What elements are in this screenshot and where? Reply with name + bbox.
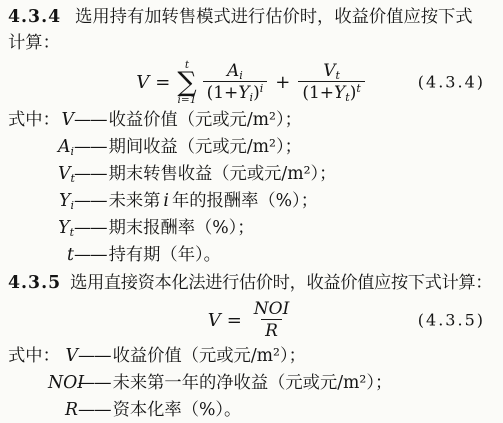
definition-text: 持有期（年）。 bbox=[109, 242, 227, 269]
symbol: Yt bbox=[58, 215, 74, 242]
fraction-denominator: (1+Yt)t bbox=[298, 81, 364, 104]
symbol: V bbox=[58, 107, 74, 134]
symbol: Ai bbox=[58, 134, 74, 161]
symbol: t bbox=[58, 242, 74, 269]
fraction-resale-income: Vt (1+Yt)t bbox=[298, 61, 364, 104]
definition-text: 未来第i年的报酬率（%）； bbox=[109, 188, 318, 215]
em-dash: —— bbox=[74, 242, 107, 269]
equation-number-435: (4.3.5) bbox=[418, 311, 485, 330]
fraction-numerator: Ai bbox=[223, 61, 247, 81]
formula-434-row: V = t ∑ i=1 Ai (1+Yi)i + Vt (1+Yt)t (4.3… bbox=[8, 57, 495, 107]
formula-435: V = NOI R bbox=[208, 299, 296, 342]
where-label: 式中： bbox=[8, 107, 58, 134]
summation-lower-limit: i=1 bbox=[178, 95, 197, 105]
definition-text: 资本化率（%）。 bbox=[113, 397, 242, 423]
em-dash: —— bbox=[74, 134, 107, 161]
em-dash: —— bbox=[78, 397, 111, 423]
formula-435-lhs: V bbox=[208, 310, 221, 331]
sup-i: i bbox=[260, 82, 264, 95]
em-dash: —— bbox=[74, 215, 107, 242]
definition-text: 期末报酬率（%）； bbox=[109, 215, 261, 242]
definition-row-Ai: Ai —— 期间收益（元或元/m²）； bbox=[8, 134, 495, 161]
definition-row-Yt: Yt —— 期末报酬率（%）； bbox=[8, 215, 495, 242]
document-page: 4.3.4选用持有加转售模式进行估价时，收益价值应按下式 计算： V = t ∑… bbox=[0, 0, 503, 423]
var-Y: Y bbox=[334, 83, 345, 103]
paren-open: (1+ bbox=[302, 83, 334, 103]
summation: t ∑ i=1 bbox=[177, 60, 196, 105]
em-dash: —— bbox=[78, 370, 111, 397]
definition-row-R: R —— 资本化率（%）。 bbox=[8, 397, 495, 423]
symbol: NOI bbox=[48, 370, 78, 397]
sup-t: t bbox=[356, 82, 360, 95]
equation-number-434: (4.3.4) bbox=[418, 73, 485, 92]
definition-text: 期末转售收益（元或元/m²）； bbox=[109, 161, 343, 188]
symbol: R bbox=[48, 397, 78, 423]
fraction-numerator: Vt bbox=[319, 61, 344, 81]
definition-row-Yi: Yi —— 未来第i年的报酬率（%）； bbox=[8, 188, 495, 215]
symbol: V bbox=[48, 343, 78, 370]
definition-row-Vt: Vt —— 期末转售收益（元或元/m²）； bbox=[8, 161, 495, 188]
definition-row-V: 式中： V —— 收益价值（元或元/m²）； bbox=[8, 107, 495, 134]
definition-text: 收益价值（元或元/m²）； bbox=[109, 107, 308, 134]
em-dash: —— bbox=[78, 343, 111, 370]
em-dash: —— bbox=[74, 107, 107, 134]
definition-row-V: 式中： V —— 收益价值（元或元/m²）； bbox=[8, 343, 495, 370]
equals-sign: = bbox=[155, 72, 170, 93]
em-dash: —— bbox=[74, 161, 107, 188]
definition-text: 收益价值（元或元/m²）； bbox=[113, 343, 306, 370]
section-434-number: 4.3.4 bbox=[8, 7, 61, 27]
definition-text: 未来第一年的净收益（元或元/m²）； bbox=[113, 370, 393, 397]
formula-434-lhs: V bbox=[136, 72, 149, 93]
fraction-noi-over-r: NOI R bbox=[250, 299, 294, 342]
section-434-heading-text: 选用持有加转售模式进行估价时，收益价值应按下式 bbox=[75, 7, 472, 27]
symbol: Vt bbox=[58, 161, 74, 188]
section-434-heading: 4.3.4选用持有加转售模式进行估价时，收益价值应按下式 bbox=[8, 5, 495, 30]
section-435-heading: 4.3.5选用直接资本化法进行估价时，收益价值应按下式计算： bbox=[8, 269, 495, 297]
fraction-denominator: (1+Yi)i bbox=[203, 81, 268, 104]
fraction-numerator: NOI bbox=[250, 299, 294, 319]
formula-435-row: V = NOI R (4.3.5) bbox=[8, 297, 495, 343]
var-A: A bbox=[227, 61, 239, 81]
where-label: 式中： bbox=[8, 343, 48, 370]
definition-row-NOI: NOI —— 未来第一年的净收益（元或元/m²）； bbox=[8, 370, 495, 397]
var-Y: Y bbox=[238, 83, 249, 103]
section-435-number: 4.3.5 bbox=[8, 273, 61, 293]
em-dash: —— bbox=[74, 188, 107, 215]
plus-sign: + bbox=[275, 72, 290, 93]
definition-row-t: t —— 持有期（年）。 bbox=[8, 242, 495, 269]
symbol: Yi bbox=[58, 188, 74, 215]
paren-close: ) bbox=[253, 83, 260, 103]
sigma-symbol: ∑ bbox=[177, 70, 196, 95]
var-V: V bbox=[323, 61, 335, 81]
fraction-denominator: R bbox=[261, 319, 282, 342]
definition-text: 期间收益（元或元/m²）； bbox=[109, 134, 308, 161]
section-434-heading-cont: 计算： bbox=[8, 30, 495, 57]
equals-sign: = bbox=[227, 310, 242, 331]
paren-open: (1+ bbox=[207, 83, 239, 103]
formula-434: V = t ∑ i=1 Ai (1+Yi)i + Vt (1+Yt)t bbox=[136, 60, 367, 105]
fraction-period-income: Ai (1+Yi)i bbox=[203, 61, 268, 104]
section-435-heading-text: 选用直接资本化法进行估价时，收益价值应按下式计算： bbox=[70, 273, 492, 293]
